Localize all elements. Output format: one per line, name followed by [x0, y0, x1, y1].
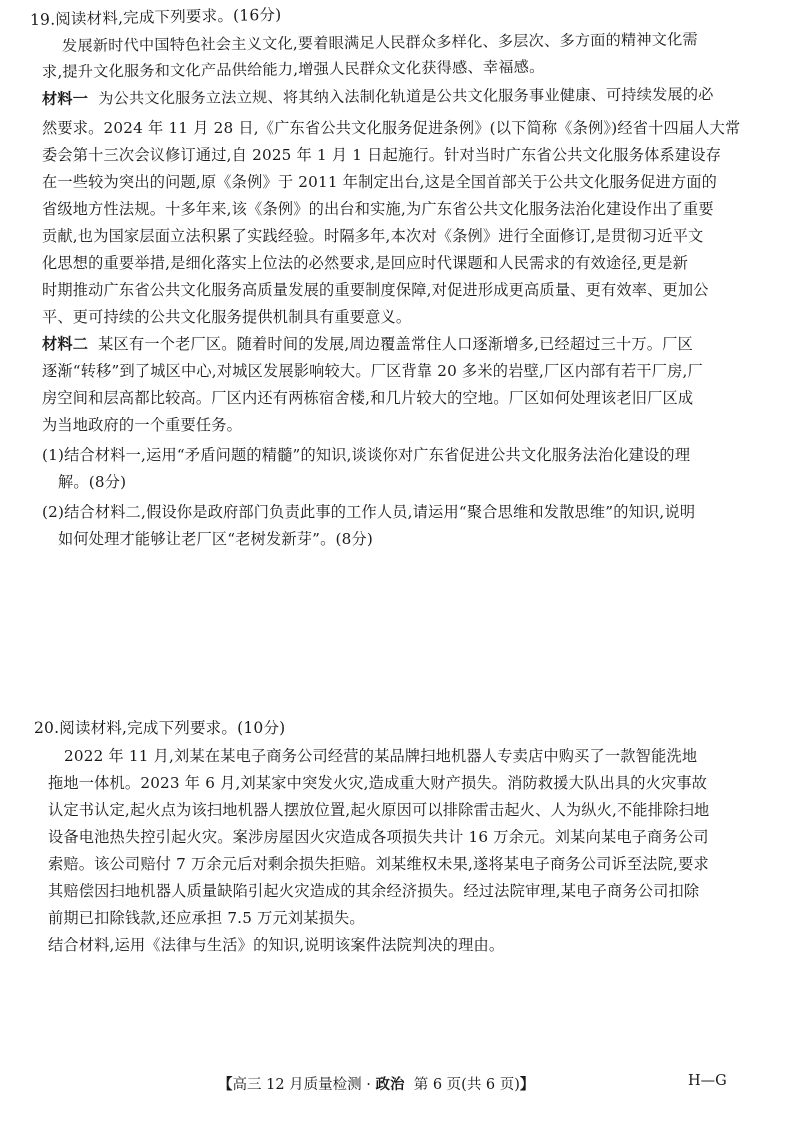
q19-material2-line-3: 房空间和层高都比较高。厂区内还有两栋宿舍楼,和几片较大的空地。厂区如何处理该老旧… [42, 388, 693, 408]
q19-material2-line-2: 逐渐“转移”到了城区中心,对城区发展影响较大。厂区背靠 20 多米的岩壁,厂区内… [42, 361, 703, 381]
q19-material1-line-1: 材料一为公共文化服务立法立规、将其纳入法制化轨道是公共文化服务事业健康、可持续发… [42, 84, 714, 109]
material1-label: 材料一 [42, 90, 88, 108]
page-footer: 【高三 12 月质量检测 · 政治 第 6 页(共 6 页)】 [218, 1073, 534, 1094]
footer-subject: 政治 [376, 1077, 405, 1093]
q19-material1-line-6: 贡献,也为国家层面立法积累了实践经验。时隔多年,本次对《条例》进行全面修订,是贯… [42, 226, 703, 246]
q19-material1-line-7: 化思想的重要举措,是细化落实上位法的必然要求,是回应时代课题和人民需求的有效途径… [42, 253, 688, 273]
q19-material2-line-4: 为当地政府的一个重要任务。 [42, 415, 242, 435]
footer-right-bracket: 】 [520, 1077, 535, 1093]
q19-material2-line-1: 材料二某区有一个老厂区。随着时间的发展,周边覆盖常住人口逐渐增多,已经超过三十万… [42, 334, 693, 354]
q19-material1-line-9: 平、更可持续的公共文化服务提供机制具有重要意义。 [42, 307, 411, 327]
q20-material-line-7: 前期已扣除钱款,还应承担 7.5 万元刘某损失。 [48, 908, 365, 928]
q19-title: 19.阅读材料,完成下列要求。(16分) [30, 5, 282, 30]
q20-title: 20.阅读材料,完成下列要求。(10分) [34, 718, 285, 738]
q20-material-line-4: 设备电池热失控引起火灾。案涉房屋因火灾造成各项损失共计 16 万余元。刘某向某电… [48, 827, 709, 847]
footer-left-bracket: 【 [218, 1077, 233, 1093]
q19-material1-line-8: 时期推动广东省公共文化服务高质量发展的重要制度保障,对促进形成更高质量、更有效率… [42, 280, 709, 300]
paper-code: H—G [688, 1073, 727, 1089]
q19-sub1-line-1: (1)结合材料一,运用“矛盾问题的精髓”的知识,谈谈你对广东省促进公共文化服务法… [42, 445, 690, 465]
q19-material1-line-4: 在一些较为突出的问题,原《条例》于 2011 年制定出台,这是全国首部关于公共文… [42, 172, 717, 192]
q20-question: 结合材料,运用《法律与生活》的知识,说明该案件法院判决的理由。 [48, 935, 504, 955]
q19-intro-line-1: 发展新时代中国特色社会主义文化,要着眼满足人民群众多样化、多层次、多方面的精神文… [62, 29, 698, 56]
q20-material-line-1: 2022 年 11 月,刘某在某电子商务公司经营的某品牌扫地机器人专卖店中购买了… [64, 746, 697, 766]
q19-material1-line-2: 然要求。2024 年 11 月 28 日,《广东省公共文化服务促进条例》(以下简… [42, 118, 740, 138]
q19-intro-line-2: 求,提升文化服务和文化产品供给能力,增强人民群众文化获得感、幸福感。 [42, 57, 545, 82]
q19-material1-line-5: 省级地方性法规。十多年来,该《条例》的出台和实施,为广东省公共文化服务法治化建设… [42, 199, 714, 219]
q20-material-line-6: 其赔偿因扫地机器人质量缺陷引起火灾造成的其余经济损失。经过法院审理,某电子商务公… [48, 881, 699, 901]
footer-page-number: 第 6 页(共 6 页) [405, 1077, 520, 1093]
q20-material-line-3: 认定书认定,起火点为该扫地机器人摆放位置,起火原因可以排除雷击起火、人为纵火,不… [48, 800, 709, 820]
material2-label: 材料二 [42, 335, 88, 353]
q19-material1-line-3: 委会第十三次会议修订通过,自 2025 年 1 月 1 日起施行。针对当时广东省… [42, 145, 721, 165]
footer-exam-name: 高三 12 月质量检测 · [233, 1077, 376, 1093]
q20-material-line-5: 索赔。该公司赔付 7 万余元后对剩余损失拒赔。刘某维权未果,遂将某电子商务公司诉… [48, 854, 709, 874]
q19-sub2-line-1: (2)结合材料二,假设你是政府部门负责此事的工作人员,请运用“聚合思维和发散思维… [42, 502, 695, 522]
q20-material-line-2: 拖地一体机。2023 年 6 月,刘某家中突发火灾,造成重大财产损失。消防救援大… [48, 773, 707, 793]
q19-sub1-line-2: 解。(8分) [58, 472, 126, 492]
q19-sub2-line-2: 如何处理才能够让老厂区“老树发新芽”。(8分) [58, 529, 373, 549]
